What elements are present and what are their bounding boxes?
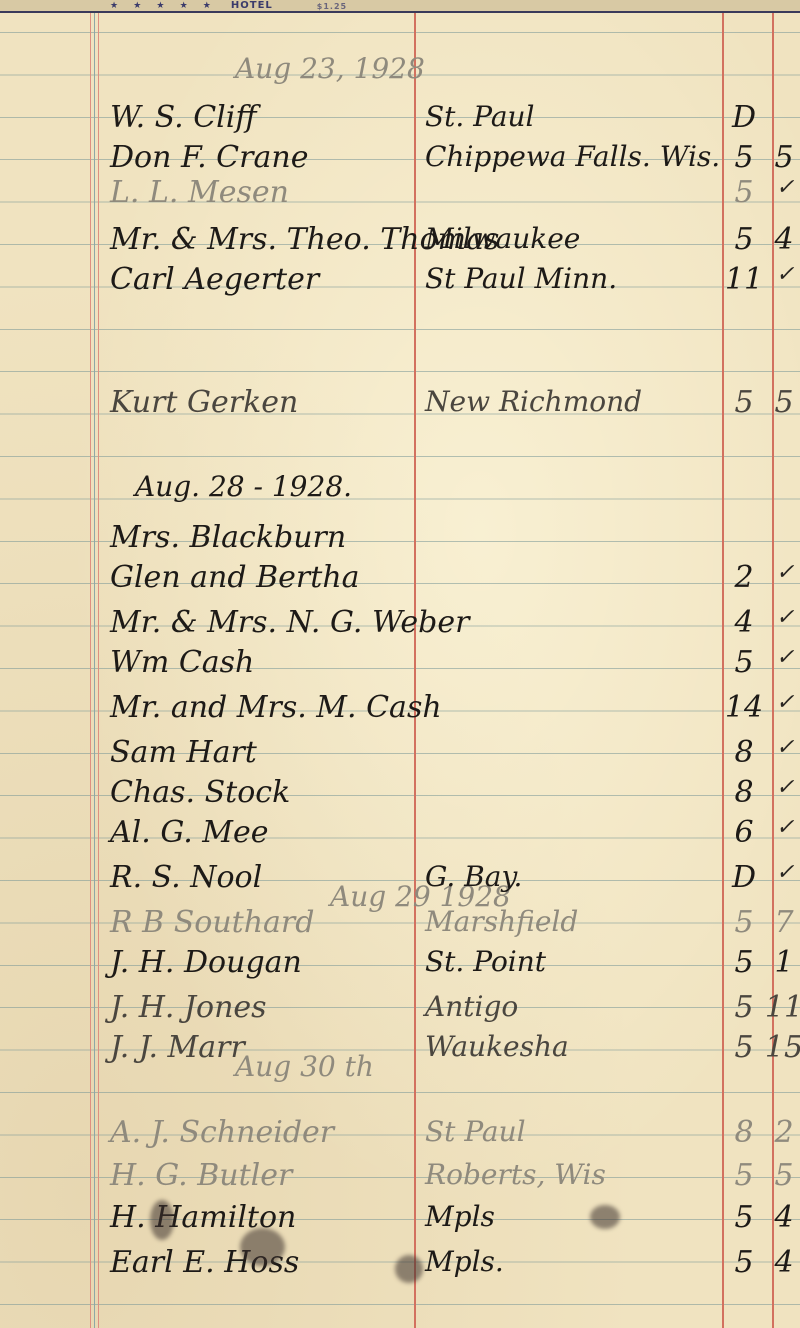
rate-mark: 15 [764,1030,800,1065]
room-number: 2 [724,560,764,595]
guest-city: Mpls [425,1200,495,1233]
room-number: 14 [724,690,764,725]
room-number: 5 [724,990,764,1025]
guest-name: Don F. Crane [110,140,308,175]
header-stars: ★ ★ ★ ★ ★ [110,1,217,11]
rate-mark: 4 [764,1245,800,1280]
room-number: D [724,100,764,135]
room-number: 11 [724,262,764,297]
margin-line-blue [94,13,95,1328]
rate-mark: ✓ [776,175,794,200]
room-number: 8 [724,1115,764,1150]
room-number: 8 [724,735,764,770]
rate-mark: ✓ [776,690,794,715]
room-number: 5 [724,140,764,175]
room-number: 5 [724,1245,764,1280]
room-number: 4 [724,605,764,640]
guest-city: St. Paul [425,100,535,133]
guest-city: New Richmond [425,385,642,418]
rate-mark: 1 [764,945,800,980]
rate-mark: ✓ [776,605,794,630]
guest-city: St Paul [425,1115,526,1148]
guest-name: A. J. Schneider [110,1115,334,1150]
guest-name: H. G. Butler [110,1158,292,1193]
guest-name: Glen and Bertha [110,560,360,595]
guest-city: Milwaukee [425,222,580,255]
guest-city: Roberts, Wis [425,1158,606,1191]
room-number: D [724,860,764,895]
rate-mark: 5 [764,385,800,420]
room-number: 5 [724,1030,764,1065]
date-heading: Aug. 28 - 1928. [135,470,352,503]
ink-stain [590,1205,620,1229]
printed-header-strip: ★ ★ ★ ★ ★ HOTEL $1.25 [0,0,800,13]
rate-mark: ✓ [776,735,794,760]
date-heading: Aug 30 th [235,1050,374,1083]
rate-mark: 4 [764,222,800,257]
room-number: 8 [724,775,764,810]
room-number: 5 [724,385,764,420]
guest-name: Carl Aegerter [110,262,319,297]
guest-name: R B Southard [110,905,314,940]
room-number: 5 [724,175,764,210]
room-number: 5 [724,1200,764,1235]
rate-mark: ✓ [776,860,794,885]
guest-name: Kurt Gerken [110,385,298,420]
room-number: 5 [724,222,764,257]
room-number: 6 [724,815,764,850]
rate-mark: ✓ [776,262,794,287]
guest-city: Chippewa Falls. Wis. [425,140,720,173]
rate-mark: 11 [764,990,800,1025]
guest-city: Mpls. [425,1245,504,1278]
guest-name: Sam Hart [110,735,257,770]
rate-mark: ✓ [776,815,794,840]
guest-name: Al. G. Mee [110,815,269,850]
guest-name: W. S. Cliff [110,100,257,135]
guest-city: St. Point [425,945,546,978]
guest-name: Mrs. Blackburn [110,520,346,555]
guest-city: Antigo [425,990,518,1023]
guest-name: L. L. Mesen [110,175,289,210]
guest-name: J. H. Jones [110,990,267,1025]
header-hotel-label: HOTEL [231,0,273,11]
rate-mark: 7 [764,905,800,940]
rate-mark: ✓ [776,645,794,670]
guest-city: Marshfield [425,905,578,938]
guest-name: Mr. and Mrs. M. Cash [110,690,442,725]
guest-city: St Paul Minn. [425,262,617,295]
guest-name: J. J. Marr [110,1030,245,1065]
rate-mark: 4 [764,1200,800,1235]
guest-name: Mr. & Mrs. N. G. Weber [110,605,469,640]
margin-line-red-left [90,13,91,1328]
rate-mark: ✓ [776,560,794,585]
guest-name: Chas. Stock [110,775,290,810]
rate-mark: 2 [764,1115,800,1150]
margin-line-red-right [98,13,99,1328]
room-number: 5 [724,945,764,980]
guest-name: R. S. Nool [110,860,262,895]
room-number: 5 [724,645,764,680]
guest-name: J. H. Dougan [110,945,302,980]
room-number: 5 [724,1158,764,1193]
rate-mark: ✓ [776,775,794,800]
ink-stain [240,1228,285,1266]
date-heading: Aug 23, 1928 [235,52,425,85]
hotel-register-page: ★ ★ ★ ★ ★ HOTEL $1.25 Aug 23, 1928Aug. 2… [0,0,800,1328]
column-divider-city [414,13,416,1328]
guest-city: G. Bay. [425,860,522,893]
ink-stain [150,1200,174,1240]
room-number: 5 [724,905,764,940]
guest-city: Waukesha [425,1030,569,1063]
header-price: $1.25 [317,2,347,11]
guest-name: Wm Cash [110,645,254,680]
ink-stain [395,1255,423,1283]
rate-mark: 5 [764,1158,800,1193]
rate-mark: 5 [764,140,800,175]
